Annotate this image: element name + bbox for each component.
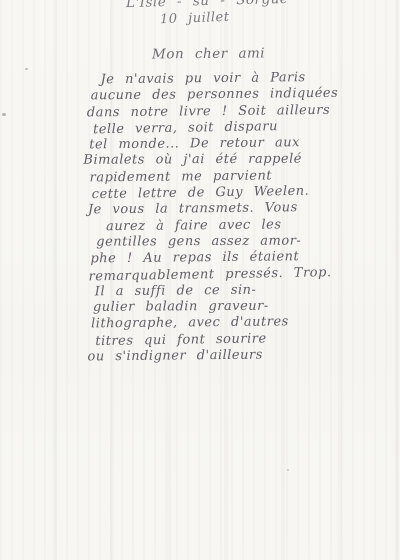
letter-heading-date: 10 juillet bbox=[160, 10, 230, 27]
letter-line: aurez à faire avec les bbox=[106, 216, 360, 235]
letter-heading-place: L'Isle - su - Sorgue bbox=[126, 0, 289, 11]
letter-body: Je n'avais pu voir à Paris aucune des pe… bbox=[86, 70, 361, 366]
scan-speck bbox=[287, 469, 289, 471]
letter-line: ou s'indigner d'ailleurs bbox=[87, 347, 361, 366]
scan-speck bbox=[2, 113, 6, 116]
letter-greeting: Mon cher ami bbox=[152, 46, 265, 63]
letter-page: L'Isle - su - Sorgue 10 juillet Mon cher… bbox=[0, 0, 400, 560]
scan-speck bbox=[25, 68, 28, 70]
